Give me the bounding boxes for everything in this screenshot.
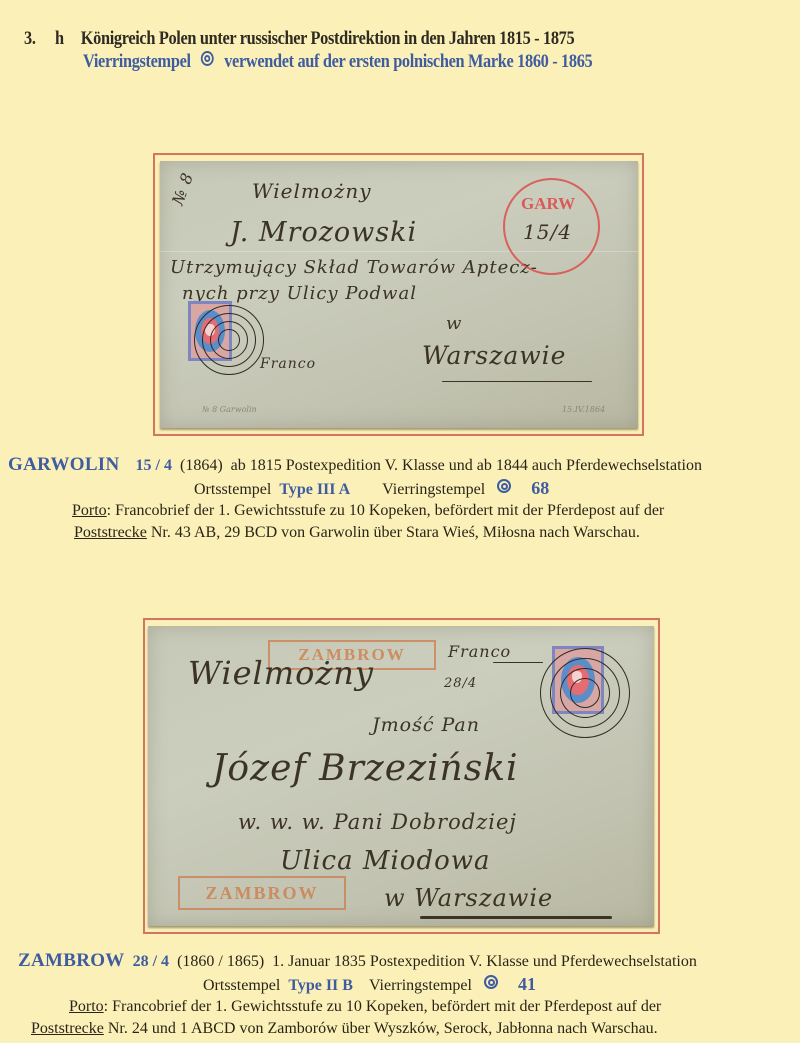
cover-frame-garwolin: № 8 Wielmożny J. Mrozowski Utrzymujący S… — [153, 153, 644, 436]
office-history: ab 1815 Postexpedition V. Klasse und ab … — [231, 457, 702, 474]
vierringstempel-label: Vierringstempel — [382, 481, 485, 498]
section-subtitle: Vierringstempelverwendet auf der ersten … — [83, 51, 592, 73]
boxed-town-cancel-bottom: ZAMBROW — [178, 876, 346, 910]
addressee-city: w Warszawie — [384, 884, 553, 912]
route-label: Poststrecke — [31, 1020, 104, 1037]
red-town-postmark: GARW 15/4 — [503, 178, 600, 275]
manuscript-date: 28/4 — [444, 676, 477, 691]
section-number: 3. — [24, 28, 55, 50]
porto-text: : Francobrief der 1. Gewichtsstufe zu 10… — [107, 502, 665, 519]
addressee-line: Jmość Pan — [372, 714, 480, 736]
four-ring-cancel-icon — [497, 479, 511, 493]
town-name: ZAMBROW — [18, 950, 125, 971]
porto-text: : Francobrief der 1. Gewichtsstufe zu 10… — [104, 998, 662, 1015]
vierringstempel-label: Vierringstempel — [369, 977, 472, 994]
subtitle-suffix: verwendet auf der ersten polnischen Mark… — [224, 51, 592, 72]
four-ring-cancel-icon — [484, 975, 498, 989]
addressee-line: w — [446, 313, 462, 334]
cover-image-garwolin: № 8 Wielmożny J. Mrozowski Utrzymujący S… — [160, 161, 638, 428]
section-title: 3.hKönigreich Polen unter russischer Pos… — [24, 28, 574, 50]
route-label: Poststrecke — [74, 524, 147, 541]
ortsstempel-label: Ortsstempel — [203, 977, 280, 994]
porto-label: Porto — [69, 998, 104, 1015]
postmark-date: 28 / 4 — [133, 953, 169, 970]
franco-note: Franco — [448, 642, 511, 661]
pencil-note-right: 15.IV.1864 — [562, 405, 605, 414]
addressee-line: w. w. w. Pani Dobrodziej — [238, 810, 517, 834]
year: (1864) — [180, 457, 223, 474]
vierringstempel-number: 41 — [518, 974, 536, 994]
addressee-line: Utrzymujący Skład Towarów Aptecz- — [170, 257, 538, 278]
ortsstempel-type: Type III A — [279, 481, 350, 498]
pencil-note: № 8 — [168, 170, 197, 208]
postmark-date: 15 / 4 — [136, 457, 172, 474]
route-text: Nr. 43 AB, 29 BCD von Garwolin über Star… — [147, 524, 640, 541]
manuscript-note: Franco — [260, 356, 316, 372]
pencil-note-left: № 8 Garwolin — [202, 405, 257, 414]
addressee-city: Warszawie — [422, 341, 566, 370]
addressee-street: Ulica Miodowa — [280, 846, 491, 876]
cover-frame-zambrow: ZAMBROW Wielmożny Franco 28/4 Jmość Pan … — [143, 618, 660, 934]
route-text: Nr. 24 und 1 ABCD von Zamborów über Wysz… — [104, 1020, 658, 1037]
addressee-line: Wielmożny — [252, 179, 372, 203]
addressee-name: Józef Brzeziński — [212, 748, 519, 789]
porto-label: Porto — [72, 502, 107, 519]
addressee-line: Wielmożny — [188, 654, 374, 692]
year: (1860 / 1865) — [177, 953, 264, 970]
cover-image-zambrow: ZAMBROW Wielmożny Franco 28/4 Jmość Pan … — [148, 626, 654, 926]
section-title-text: Königreich Polen unter russischer Postdi… — [81, 28, 575, 49]
four-ring-cancel-icon — [201, 51, 214, 66]
ortsstempel-label: Ortsstempel — [194, 481, 271, 498]
addressee-name: J. Mrozowski — [230, 217, 417, 248]
town-name: GARWOLIN — [8, 454, 120, 475]
office-history: 1. Januar 1835 Postexpedition V. Klasse … — [272, 953, 697, 970]
section-letter: h — [55, 28, 81, 50]
subtitle-prefix: Vierringstempel — [83, 51, 191, 72]
ortsstempel-type: Type II B — [288, 977, 353, 994]
vierringstempel-number: 68 — [531, 478, 549, 498]
